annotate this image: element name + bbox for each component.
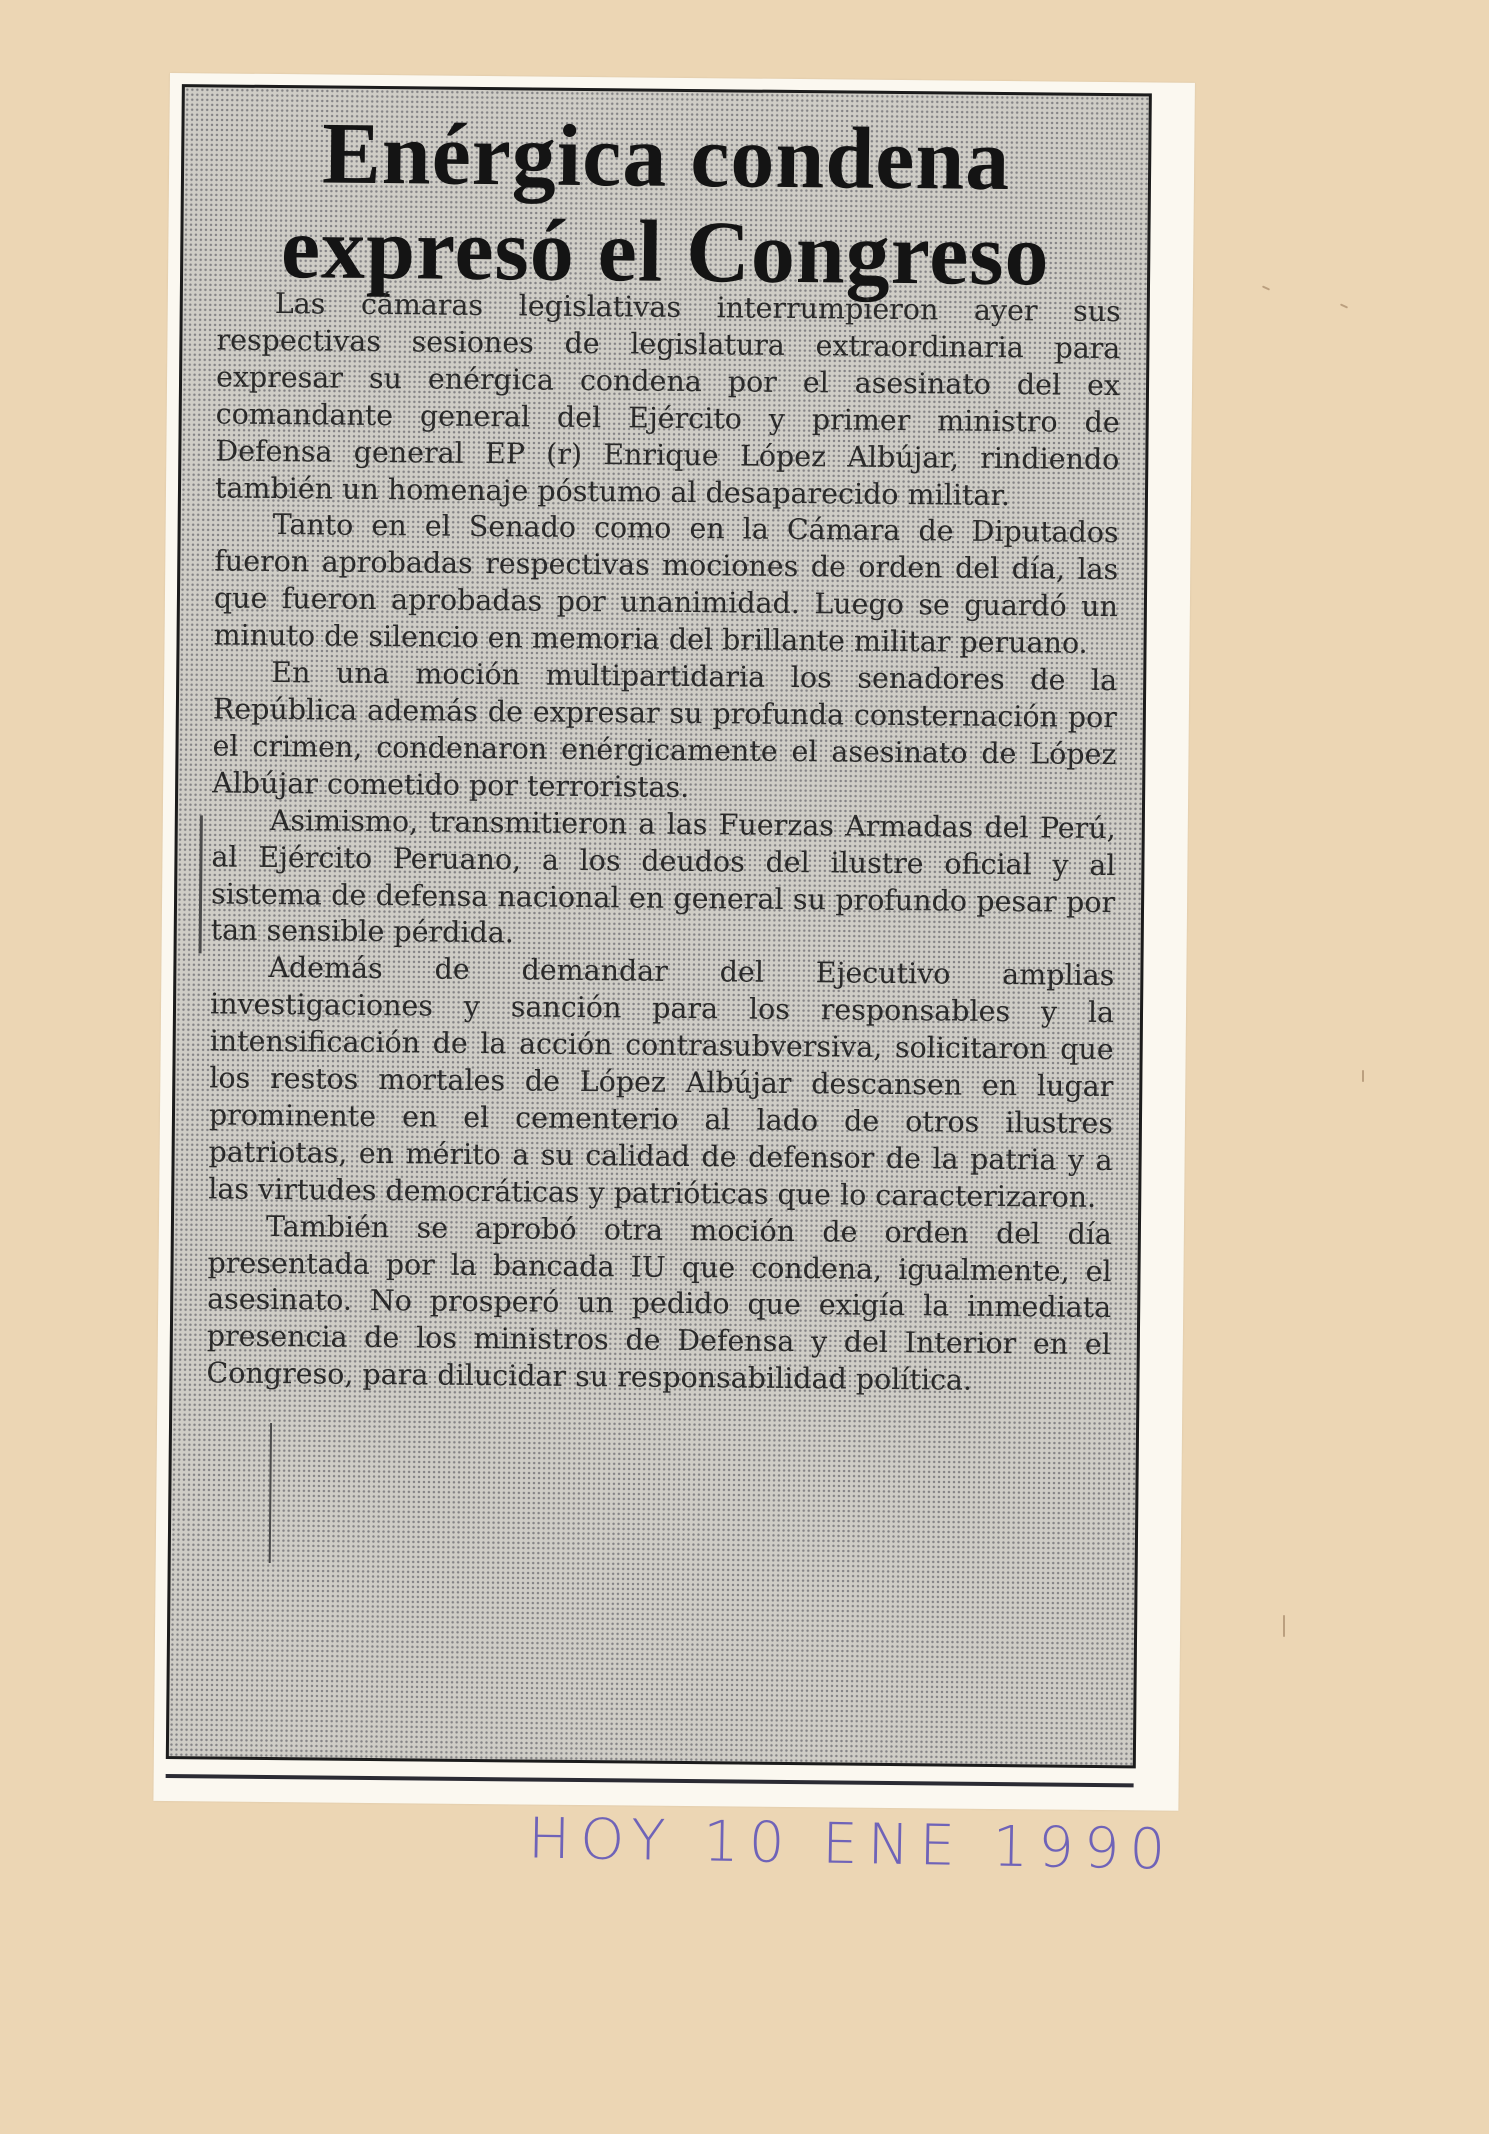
margin-pencil-mark	[199, 815, 203, 953]
paragraph-5: Además de demandar del Ejecutivo amplias…	[208, 950, 1114, 1217]
bottom-rule	[166, 1774, 1134, 1787]
paragraph-4: Asimismo, transmitieron a las Fuerzas Ar…	[211, 802, 1116, 958]
paragraph-2: Tanto en el Senado como en la Cámara de …	[213, 507, 1118, 663]
paragraph-3: En una moción multipartidaria los senado…	[212, 655, 1117, 811]
headline: Enérgica condena expresó el Congreso	[183, 105, 1149, 304]
handwritten-date-note: HOY 10 ENE 1990	[527, 1806, 1175, 1882]
article-body: Las cámaras legislativas interrumpieron …	[206, 285, 1121, 1401]
headline-line-1: Enérgica condena	[184, 105, 1149, 209]
paragraph-1: Las cámaras legislativas interrumpieron …	[215, 285, 1121, 515]
paper-speck	[1283, 1615, 1285, 1637]
paragraph-6: También se aprobó otra moción de orden d…	[206, 1208, 1112, 1401]
paper-speck	[1362, 1070, 1364, 1082]
paper-speck	[1340, 303, 1348, 308]
newspaper-clipping: Enérgica condena expresó el Congreso Las…	[153, 73, 1195, 1811]
paper-speck	[1262, 285, 1270, 290]
margin-pencil-mark	[269, 1423, 272, 1563]
article-frame: Enérgica condena expresó el Congreso Las…	[166, 84, 1152, 1768]
